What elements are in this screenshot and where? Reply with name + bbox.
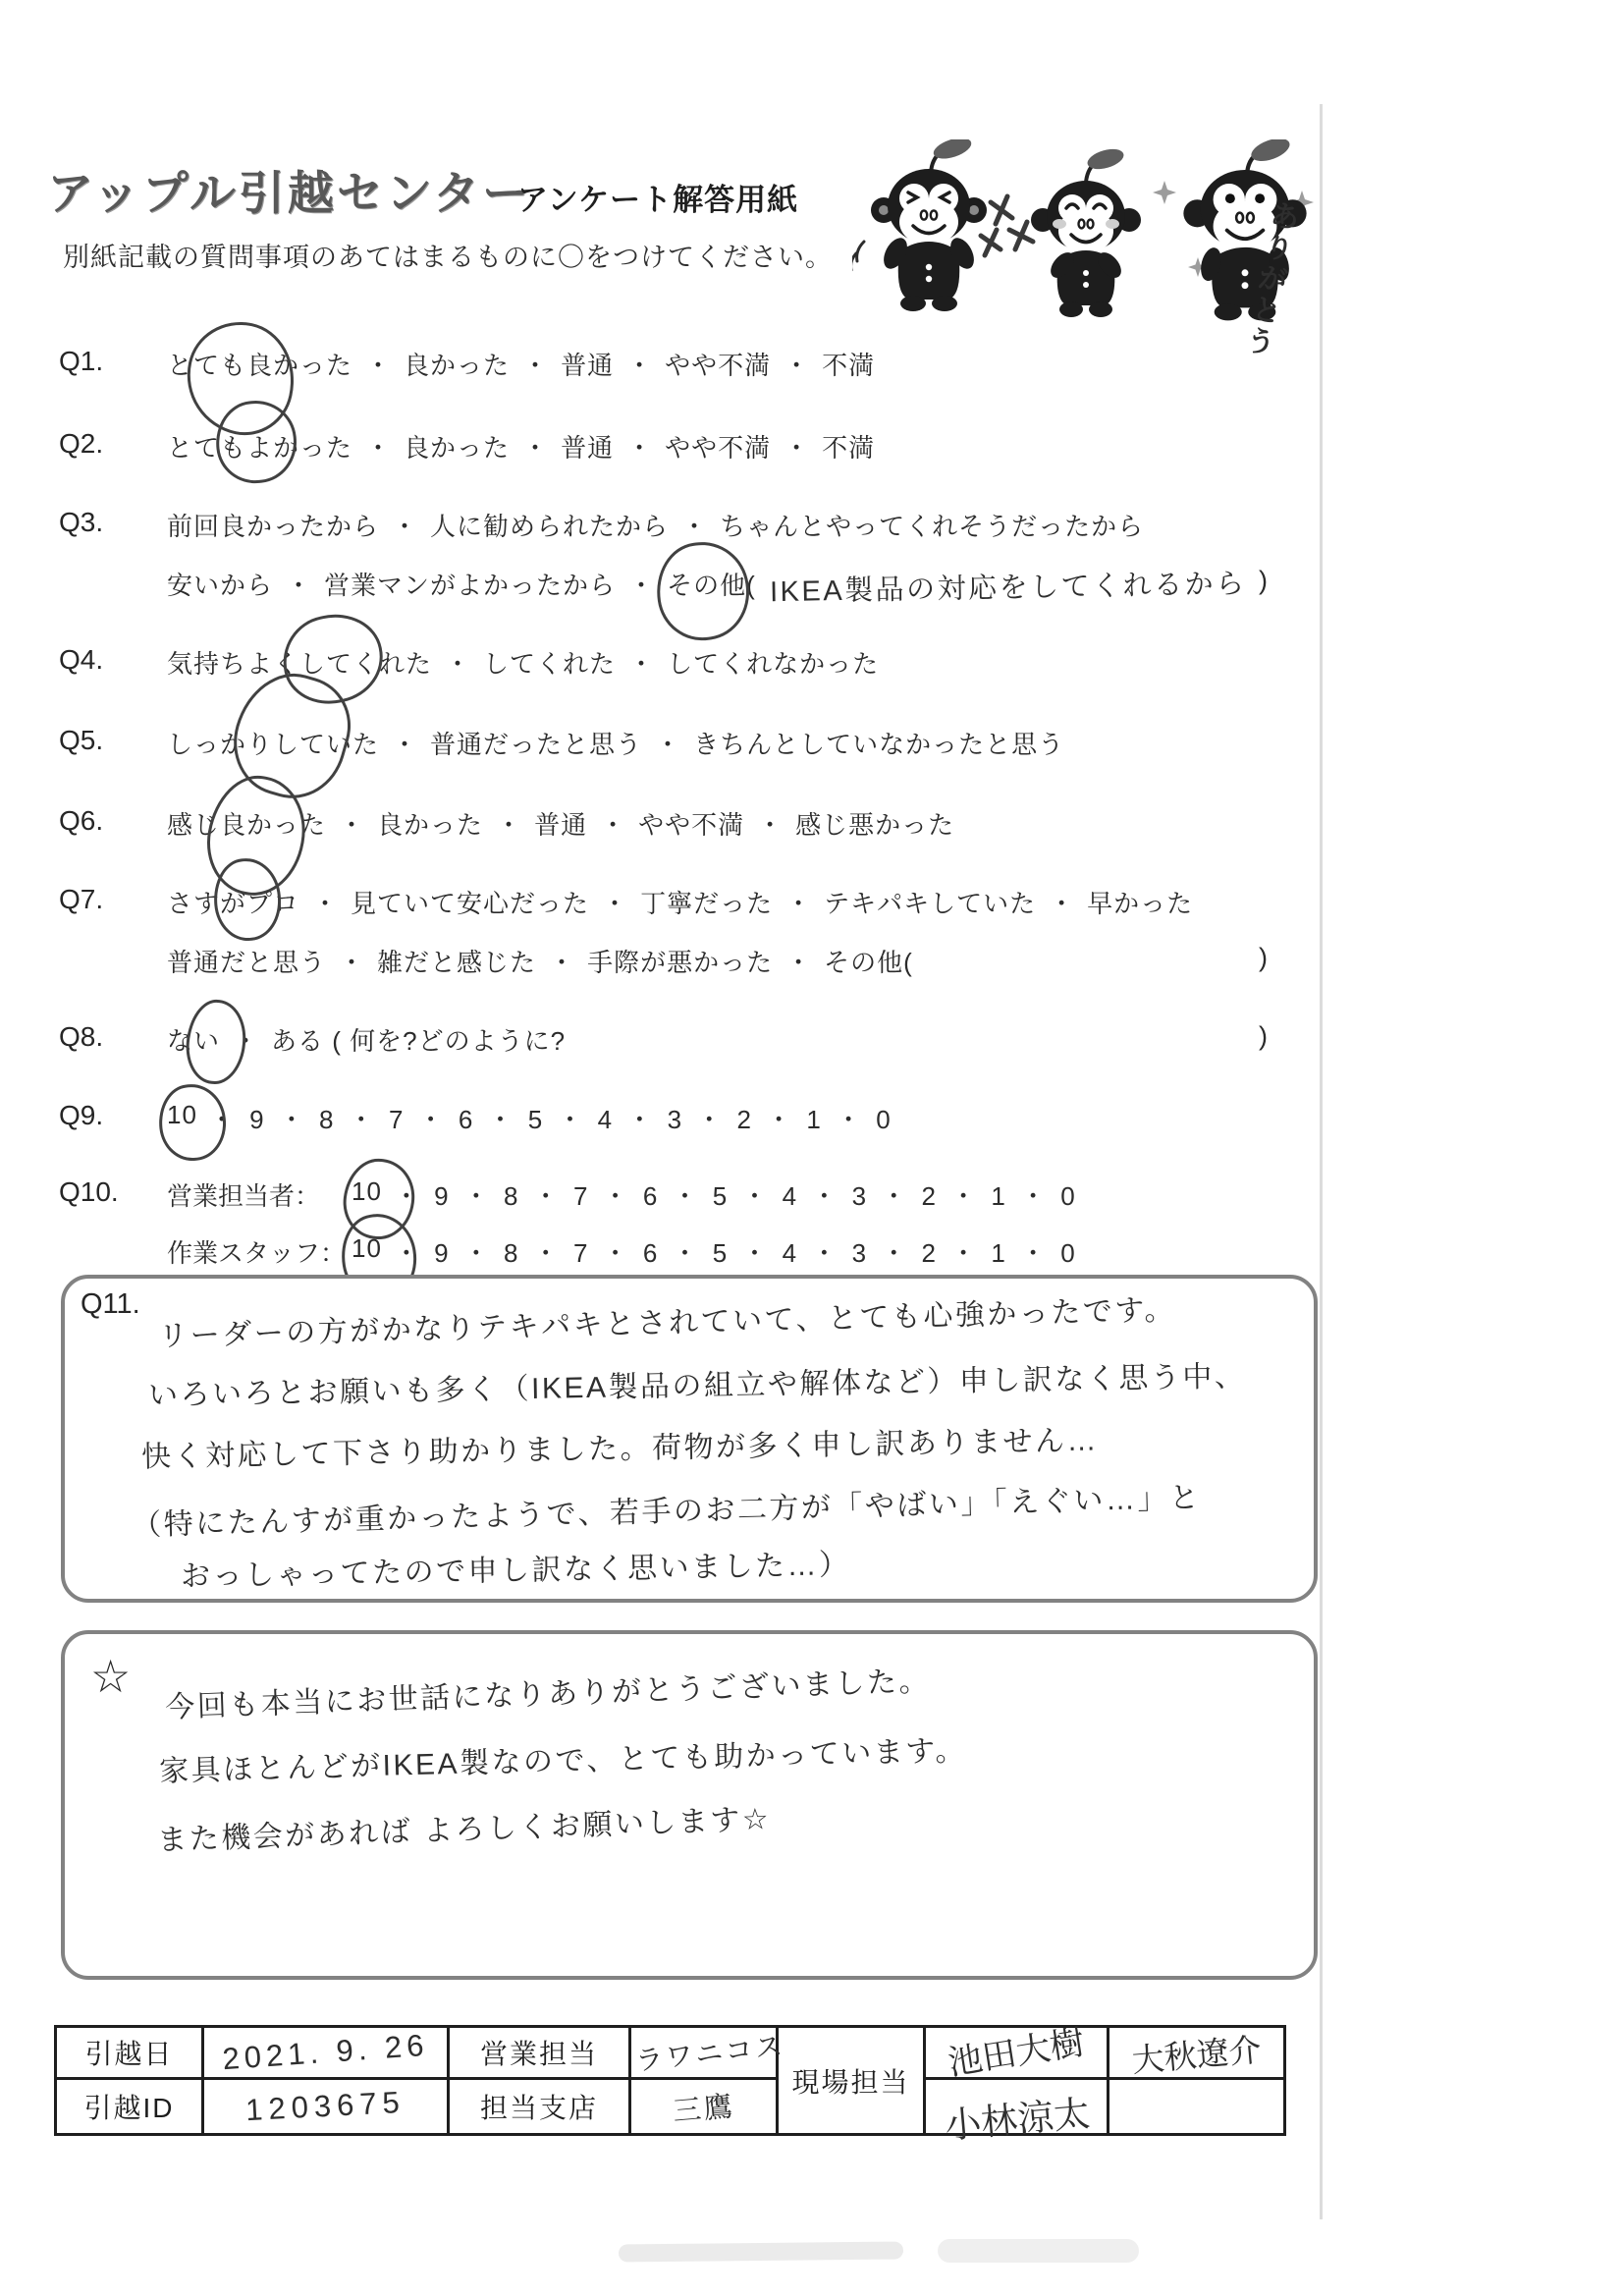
question-q6: Q6. 感じ良かった ・ 良かった ・ 普通 ・ やや不満 ・ 感じ悪かった — [59, 805, 1473, 842]
option-separator: ・ — [365, 428, 391, 465]
sales-rep-label: 営業担当 — [449, 2027, 630, 2079]
option-separator: ・ — [784, 428, 809, 465]
option: 不満 — [822, 346, 875, 382]
option: 不満 — [822, 428, 875, 465]
option-selected: しっかりしていた — [167, 725, 379, 761]
question-q1: Q1. とても良かった ・ 良かった ・ 普通 ・ やや不満 ・ 不満 — [59, 346, 1473, 382]
sales-rep-cell: ラワニコス — [630, 2027, 778, 2079]
option-text: しっかりしていた — [167, 730, 379, 759]
question-label: Q8. — [59, 1021, 167, 1053]
option-text: その他( — [667, 571, 756, 600]
option: ある ( 何を?どのように? — [271, 1021, 566, 1058]
crew-name: 小林涼太 — [929, 2082, 1106, 2150]
scan-edge-line — [1320, 104, 1323, 2219]
crew-name: 大秋遼介 — [1111, 2022, 1280, 2083]
option: 丁寧だった — [640, 884, 773, 920]
question-label: Q3. — [59, 507, 167, 538]
score-selected: 10 — [352, 1233, 382, 1264]
option: 良かった — [377, 805, 483, 842]
closing-paren: ) — [1259, 566, 1268, 596]
branch-cell: 三鷹 — [630, 2079, 778, 2135]
score-scale: ・ 9 ・ 8 ・ 7 ・ 6 ・ 5 ・ 4 ・ 3 ・ 2 ・ 1 ・ 0 — [209, 1100, 894, 1136]
handwritten-comment-line: いろいろとお願いも多く（IKEA製品の組立や解体など）申し訳なく思う中、 — [148, 1351, 1247, 1414]
crew-name-cell: 大秋遼介 — [1109, 2027, 1285, 2079]
option-separator: ・ — [522, 346, 548, 382]
question-q10-staff: 作業スタッフ： 10 ・ 9 ・ 8 ・ 7 ・ 6 ・ 5 ・ 4 ・ 3 ・… — [59, 1233, 1473, 1270]
move-id-label: 引越ID — [56, 2079, 203, 2135]
option-separator: ・ — [339, 943, 364, 979]
option: 良かった — [404, 428, 510, 465]
option: やや不満 — [665, 346, 771, 382]
option: 人に勧められたから — [430, 507, 669, 543]
option-separator: ・ — [785, 943, 811, 979]
handwritten-comment-line: （特にたんすが重かったようで、若手のお二方が「やばい」「えぐい…」と — [132, 1473, 1202, 1545]
option-text: 気持ちよくしてくれた — [167, 649, 432, 679]
option-separator: ・ — [312, 884, 338, 920]
sparkle-plus-icon — [981, 196, 1033, 255]
option-separator: ・ — [286, 566, 311, 602]
option-selected: その他( — [667, 566, 756, 602]
option-text: とてもよかった — [167, 433, 352, 463]
move-date-cell: 2021. 9. 26 — [203, 2027, 449, 2079]
move-date-label: 引越日 — [56, 2027, 203, 2079]
option-selected: さすがプロ — [167, 884, 299, 920]
option: テキパキしていた — [824, 884, 1036, 920]
option-separator: ・ — [549, 943, 574, 979]
scan-smudge — [619, 2241, 903, 2262]
option: 普通 — [561, 428, 614, 465]
option: 普通だと思う — [167, 943, 326, 979]
option-selected: とてもよかった — [167, 428, 352, 465]
sales-rep-value: ラワニコス — [633, 2026, 773, 2079]
score-selected: 10 — [167, 1100, 197, 1130]
question-q7-line1: Q7. さすがプロ ・ 見ていて安心だった ・ 丁寧だった ・ テキパキしていた… — [59, 884, 1473, 920]
option-separator: ・ — [628, 644, 654, 681]
option-separator: ・ — [365, 346, 391, 382]
scanned-survey-page: アップル引越センター アンケート解答用紙 別紙記載の質問事項のあてはまるものに〇… — [0, 0, 1623, 2296]
option-separator: ・ — [785, 884, 811, 920]
table-row: 引越日 2021. 9. 26 営業担当 ラワニコス 現場担当 池田大樹 大秋遼… — [56, 2027, 1285, 2079]
footer-table: 引越日 2021. 9. 26 営業担当 ラワニコス 現場担当 池田大樹 大秋遼… — [54, 2025, 1286, 2136]
handwritten-comment-line: リーダーの方がかなりテキパキとされていて、とても心強かったです。 — [158, 1285, 1177, 1354]
option-separator: ・ — [392, 507, 417, 543]
option-separator: ・ — [339, 805, 364, 842]
option-text: さすがプロ — [167, 889, 299, 918]
option-selected: 気持ちよくしてくれた — [167, 644, 432, 681]
question-label: Q9. — [59, 1100, 167, 1131]
monkey-mascot-icon — [852, 139, 987, 311]
score-scale: ・ 9 ・ 8 ・ 7 ・ 6 ・ 5 ・ 4 ・ 3 ・ 2 ・ 1 ・ 0 — [394, 1233, 1079, 1270]
handwritten-comment-line: 家具ほとんどがIKEA製なので、とても助かっています。 — [159, 1725, 968, 1790]
move-id-value: 1203675 — [207, 2083, 444, 2130]
crew-name-cell: 池田大樹 — [925, 2027, 1109, 2079]
option: 前回良かったから — [167, 507, 379, 543]
handwritten-comment-line: おっしゃってたので申し訳なく思いました…） — [181, 1540, 851, 1595]
option-separator: ・ — [681, 507, 707, 543]
question-label: Q4. — [59, 644, 167, 676]
option-separator: ・ — [626, 428, 652, 465]
option: その他( — [824, 943, 913, 979]
option: 見ていて安心だった — [351, 884, 589, 920]
question-label: Q5. — [59, 725, 167, 756]
option-selected: ない — [167, 1021, 220, 1058]
question-q3-line2: 安いから ・ 営業マンがよかったから ・ その他( IKEA製品の対応をしてくれ… — [59, 566, 1473, 606]
option: やや不満 — [638, 805, 744, 842]
option-separator: ・ — [1049, 884, 1074, 920]
score-selected: 10 — [352, 1176, 382, 1207]
option: きちんとしていなかったと思う — [693, 725, 1064, 761]
question-label: Q11. — [81, 1288, 140, 1321]
handwritten-other-answer: IKEA製品の対応をしてくれるから — [769, 562, 1246, 610]
score-text: 10 — [167, 1100, 197, 1129]
option: 普通 — [561, 346, 614, 382]
option: ちゃんとやってくれそうだったから — [720, 507, 1144, 543]
option-text: 感じ良かった — [167, 810, 326, 840]
option-separator: ・ — [522, 428, 548, 465]
question-label: Q10. — [59, 1176, 167, 1208]
handwritten-comment-line: また機会があれば よろしくお願いします☆ — [156, 1794, 771, 1859]
star-comment-box: ☆ 今回も本当にお世話になりありがとうございました。 家具ほとんどがIKEA製な… — [61, 1630, 1318, 1980]
option-separator: ・ — [628, 566, 654, 602]
option-separator: ・ — [784, 346, 809, 382]
table-row: 引越ID 1203675 担当支店 三鷹 小林涼太 — [56, 2079, 1285, 2135]
crew-name-cell: 小林涼太 — [925, 2079, 1109, 2135]
option-text: とても良かった — [167, 351, 352, 380]
option: 感じ悪かった — [795, 805, 954, 842]
question-label: Q7. — [59, 884, 167, 915]
star-icon: ☆ — [90, 1650, 131, 1703]
option-separator: ・ — [757, 805, 783, 842]
q11-comment-box: Q11. リーダーの方がかなりテキパキとされていて、とても心強かったです。 いろ… — [61, 1275, 1318, 1603]
crew-name: 池田大樹 — [927, 2013, 1106, 2089]
brand-title: アップル引越センター — [47, 157, 531, 223]
question-q8: Q8. ない ・ ある ( 何を?どのように? ) — [59, 1021, 1473, 1058]
question-label: Q6. — [59, 805, 167, 837]
option-separator: ・ — [602, 884, 627, 920]
score-scale: ・ 9 ・ 8 ・ 7 ・ 6 ・ 5 ・ 4 ・ 3 ・ 2 ・ 1 ・ 0 — [394, 1176, 1079, 1213]
option: 営業マンがよかったから — [324, 566, 616, 602]
option-separator: ・ — [626, 346, 652, 382]
option: 普通 — [534, 805, 587, 842]
scale-row-label: 作業スタッフ： — [167, 1233, 352, 1270]
handwritten-comment-line: 快く対応して下さり助かりました。荷物が多く申し訳ありません… — [141, 1415, 1100, 1475]
monkey-mascot-icon — [1031, 145, 1141, 317]
instruction-text: 別紙記載の質問事項のあてはまるものに〇をつけてください。 — [63, 236, 833, 274]
option-separator: ・ — [392, 725, 417, 761]
option: してくれた — [483, 644, 616, 681]
move-date-value: 2021. 9. 26 — [207, 2027, 444, 2079]
option: 安いから — [167, 566, 273, 602]
question-q4: Q4. 気持ちよくしてくれた ・ してくれた ・ してくれなかった — [59, 644, 1473, 681]
scale-row-label: 営業担当者： — [167, 1176, 352, 1213]
branch-label: 担当支店 — [449, 2079, 630, 2135]
option-separator: ・ — [496, 805, 521, 842]
move-id-cell: 1203675 — [203, 2079, 449, 2135]
question-q9: Q9. 10 ・ 9 ・ 8 ・ 7 ・ 6 ・ 5 ・ 4 ・ 3 ・ 2 ・… — [59, 1100, 1473, 1136]
option: してくれなかった — [667, 644, 879, 681]
option: 良かった — [404, 346, 510, 382]
scan-smudge — [938, 2239, 1139, 2263]
branch-value: 三鷹 — [633, 2081, 773, 2133]
option-separator: ・ — [445, 644, 470, 681]
option-text: ない — [167, 1026, 220, 1056]
option-separator: ・ — [600, 805, 625, 842]
option-separator: ・ — [655, 725, 680, 761]
question-q10-sales: Q10. 営業担当者： 10 ・ 9 ・ 8 ・ 7 ・ 6 ・ 5 ・ 4 ・… — [59, 1176, 1473, 1213]
closing-paren: ) — [1259, 943, 1268, 973]
question-q7-line2: 普通だと思う ・ 雑だと感じた ・ 手際が悪かった ・ その他( ) — [59, 943, 1473, 979]
score-text: 10 — [352, 1176, 382, 1206]
option-separator: ・ — [233, 1021, 258, 1058]
score-text: 10 — [352, 1233, 382, 1263]
empty-cell — [1109, 2079, 1285, 2135]
handwritten-comment-line: 今回も本当にお世話になりありがとうございました。 — [164, 1656, 931, 1725]
option: 手際が悪かった — [587, 943, 773, 979]
question-q2: Q2. とてもよかった ・ 良かった ・ 普通 ・ やや不満 ・ 不満 — [59, 428, 1473, 465]
question-q3-line1: Q3. 前回良かったから ・ 人に勧められたから ・ ちゃんとやってくれそうだっ… — [59, 507, 1473, 543]
motion-lines-icon — [852, 242, 864, 270]
option-selected: とても良かった — [167, 346, 352, 382]
closing-paren: ) — [1259, 1021, 1268, 1052]
option: 普通だったと思う — [430, 725, 642, 761]
question-label: Q2. — [59, 428, 167, 460]
form-title: アンケート解答用紙 — [517, 175, 798, 219]
question-q5: Q5. しっかりしていた ・ 普通だったと思う ・ きちんとしていなかったと思う — [59, 725, 1473, 761]
option: 早かった — [1087, 884, 1193, 920]
option: やや不満 — [665, 428, 771, 465]
question-label: Q1. — [59, 346, 167, 377]
option: 雑だと感じた — [377, 943, 536, 979]
option-selected: 感じ良かった — [167, 805, 326, 842]
site-crew-label: 現場担当 — [778, 2027, 925, 2135]
